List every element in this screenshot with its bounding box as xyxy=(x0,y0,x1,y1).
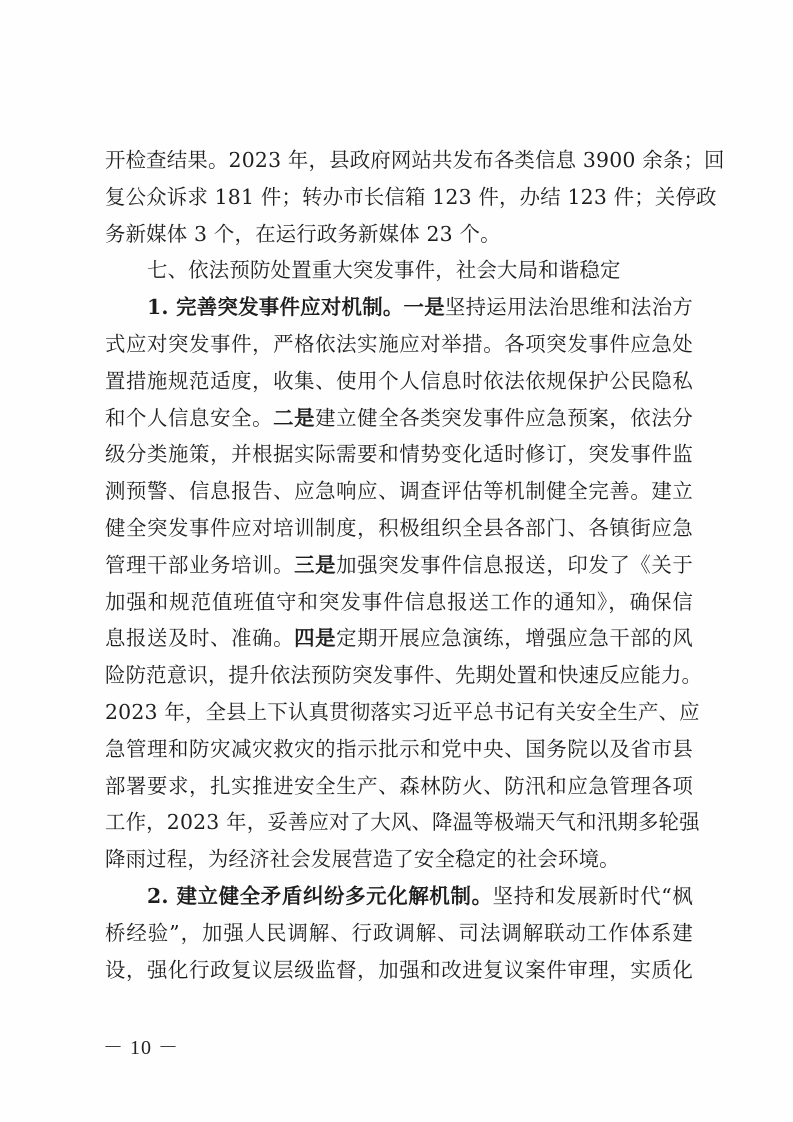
text-line: 降雨过程，为经济社会发展营造了安全稳定的社会环境。 xyxy=(105,841,693,878)
text-segment: 置措施规范适度，收集、使用个人信息时依法依规保护公民隐私 xyxy=(105,369,693,393)
text-line: 管理干部业务培训。三是加强突发事件信息报送，印发了《关于 xyxy=(105,547,693,584)
text-segment: 管理干部业务培训。 xyxy=(105,553,294,577)
text-segment: 务新媒体 3 个，在运行政务新媒体 23 个。 xyxy=(105,222,501,246)
text-segment: 桥经验”，加强人民调解、行政调解、司法调解联动工作体系建 xyxy=(105,921,693,945)
text-line: 工作，2023 年，妥善应对了大风、降温等极端天气和汛期多轮强 xyxy=(105,804,693,841)
text-segment: 复公众诉求 181 件；转办市长信箱 123 件，办结 123 件；关停政 xyxy=(105,185,717,209)
text-segment: 加强突发事件信息报送，印发了《关于 xyxy=(336,553,693,577)
text-line: 加强和规范值班值守和突发事件信息报送工作的通知》，确保信 xyxy=(105,584,693,621)
text-line: 式应对突发事件，严格依法实施应对举措。各项突发事件应急处 xyxy=(105,326,693,363)
text-segment: 七、依法预防处置重大突发事件，社会大局和谐稳定 xyxy=(147,258,621,282)
text-line: 置措施规范适度，收集、使用个人信息时依法依规保护公民隐私 xyxy=(105,363,693,400)
page-number: － 10 － xyxy=(103,1031,179,1060)
bold-lead-text: 三是 xyxy=(294,553,336,577)
body-text: 开检查结果。2023 年，县政府网站共发布各类信息 3900 余条；回复公众诉求… xyxy=(105,142,693,988)
bold-lead-text: 2. 建立健全矛盾纠纷多元化解机制。 xyxy=(147,884,493,908)
text-segment: 建立健全各类突发事件应急预案，依法分 xyxy=(315,406,693,430)
text-segment: 急管理和防灾减灾救灾的指示批示和党中央、国务院以及省市县 xyxy=(105,737,693,761)
text-segment: 降雨过程，为经济社会发展营造了安全稳定的社会环境。 xyxy=(105,847,620,871)
text-segment: 加强和规范值班值守和突发事件信息报送工作的通知》，确保信 xyxy=(105,590,693,614)
text-segment: 工作，2023 年，妥善应对了大风、降温等极端天气和汛期多轮强 xyxy=(105,810,700,834)
text-line: 息报送及时、准确。四是定期开展应急演练，增强应急干部的风 xyxy=(105,620,693,657)
text-segment: 式应对突发事件，严格依法实施应对举措。各项突发事件应急处 xyxy=(105,332,693,356)
text-line: 务新媒体 3 个，在运行政务新媒体 23 个。 xyxy=(105,216,693,253)
text-segment: 健全突发事件应对培训制度，积极组织全县各部门、各镇街应急 xyxy=(105,516,693,540)
text-line: 桥经验”，加强人民调解、行政调解、司法调解联动工作体系建 xyxy=(105,915,693,952)
text-segment: 坚持运用法治思维和法治方 xyxy=(445,295,693,319)
text-segment: 定期开展应急演练，增强应急干部的风 xyxy=(336,626,693,650)
text-line: 2023 年，全县上下认真贯彻落实习近平总书记有关安全生产、应 xyxy=(105,694,693,731)
text-segment: 级分类施策，并根据实际需要和情势变化适时修订，突发事件监 xyxy=(105,442,693,466)
text-line: 急管理和防灾减灾救灾的指示批示和党中央、国务院以及省市县 xyxy=(105,731,693,768)
text-segment: 设，强化行政复议层级监督，加强和改进复议案件审理，实质化 xyxy=(105,958,693,982)
text-segment: 2023 年，全县上下认真贯彻落实习近平总书记有关安全生产、应 xyxy=(105,700,700,724)
document-page: 开检查结果。2023 年，县政府网站共发布各类信息 3900 余条；回复公众诉求… xyxy=(0,0,793,1122)
bold-lead-text: 1. 完善突发事件应对机制。一是 xyxy=(147,295,445,319)
bold-lead-text: 四是 xyxy=(294,626,336,650)
text-line: 测预警、信息报告、应急响应、调查评估等机制健全完善。建立 xyxy=(105,473,693,510)
text-line: 开检查结果。2023 年，县政府网站共发布各类信息 3900 余条；回 xyxy=(105,142,693,179)
text-segment: 和个人信息安全。 xyxy=(105,406,273,430)
text-line: 和个人信息安全。二是建立健全各类突发事件应急预案，依法分 xyxy=(105,400,693,437)
text-line: 级分类施策，并根据实际需要和情势变化适时修订，突发事件监 xyxy=(105,436,693,473)
text-segment: 息报送及时、准确。 xyxy=(105,626,294,650)
bold-lead-text: 二是 xyxy=(273,406,315,430)
text-segment: 测预警、信息报告、应急响应、调查评估等机制健全完善。建立 xyxy=(105,479,693,503)
text-segment: 坚持和发展新时代“枫 xyxy=(493,884,693,908)
text-line: 1. 完善突发事件应对机制。一是坚持运用法治思维和法治方 xyxy=(105,289,693,326)
text-line: 险防范意识，提升依法预防突发事件、先期处置和快速反应能力。 xyxy=(105,657,693,694)
text-line: 复公众诉求 181 件；转办市长信箱 123 件，办结 123 件；关停政 xyxy=(105,179,693,216)
text-line: 部署要求，扎实推进安全生产、森林防火、防汛和应急管理各项 xyxy=(105,768,693,805)
text-segment: 开检查结果。2023 年，县政府网站共发布各类信息 3900 余条；回 xyxy=(105,148,725,172)
text-line: 健全突发事件应对培训制度，积极组织全县各部门、各镇街应急 xyxy=(105,510,693,547)
text-segment: 部署要求，扎实推进安全生产、森林防火、防汛和应急管理各项 xyxy=(105,774,693,798)
text-line: 2. 建立健全矛盾纠纷多元化解机制。坚持和发展新时代“枫 xyxy=(105,878,693,915)
section-heading: 七、依法预防处置重大突发事件，社会大局和谐稳定 xyxy=(105,252,693,289)
text-line: 设，强化行政复议层级监督，加强和改进复议案件审理，实质化 xyxy=(105,952,693,989)
text-segment: 险防范意识，提升依法预防突发事件、先期处置和快速反应能力。 xyxy=(105,663,702,687)
